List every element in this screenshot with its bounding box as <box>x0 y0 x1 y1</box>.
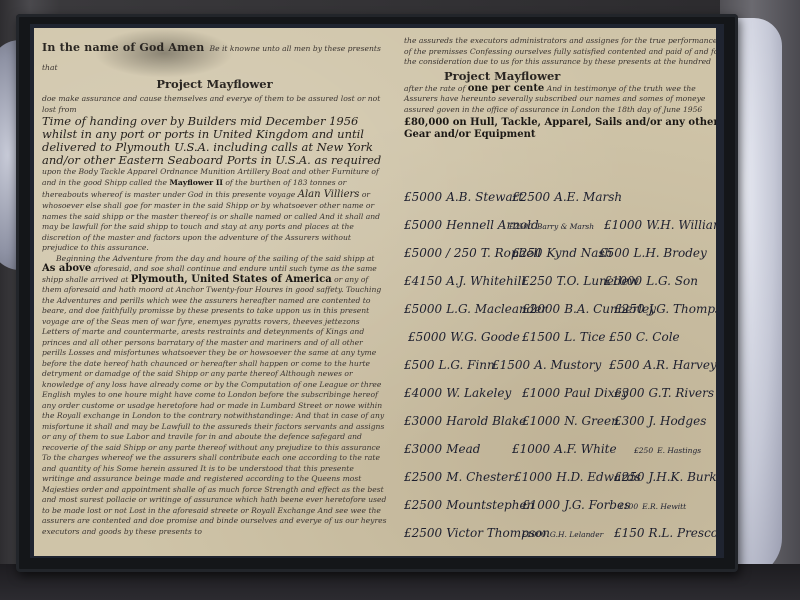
subscription-amount: £3000 <box>404 442 442 456</box>
subscriber-name: Harold Blake <box>446 414 526 428</box>
subscription-amount: £1000 <box>522 530 546 539</box>
ship-name: Mayflower II <box>169 178 222 187</box>
subscription-signature: £5000W.G. Goode <box>408 326 520 345</box>
subscription-amount: £2500 <box>512 190 550 204</box>
subscription-signature: £100E.R. Hewitt <box>619 494 686 513</box>
subscription-amount: £500 <box>609 358 640 372</box>
subscription-signature: £1500A. Mustory <box>492 354 601 373</box>
subscriber-name: E.R. Hewitt <box>642 502 686 511</box>
subscription-signature: £1500L. Tice <box>522 326 605 345</box>
subscription-signature: £300J. Hodges <box>614 410 706 429</box>
subscription-amount: £4150 <box>404 274 442 288</box>
subscription-signature: £1000N. Green <box>522 410 619 429</box>
subscription-amount: £250 <box>614 302 645 316</box>
paragraph: after the rate of one per cente And in t… <box>404 84 716 116</box>
subscription-signature: £250J.H.K. Burkett <box>614 466 716 485</box>
subscription-amount: £5000 <box>404 218 442 232</box>
subscriber-name: N. Green <box>564 414 619 428</box>
subscriber-name: Barry & Marsh <box>537 222 594 231</box>
paragraph: doe make assurance and cause themselves … <box>42 94 387 115</box>
subscriber-name: R.L. Prescott <box>649 526 716 540</box>
subscription-signature: £1000A.F. White <box>512 438 617 457</box>
subscription-signature: £3000Harold Blake <box>404 410 526 429</box>
subscription-signature: £1000J.G. Forbes <box>522 494 630 513</box>
subscription-signature: £4000W. Lakeley <box>404 382 511 401</box>
subscriber-name: L.H. Brodey <box>634 246 707 260</box>
subscription-signature: £3000Mead <box>404 438 480 457</box>
subscription-amount: £300 <box>614 414 645 428</box>
subscription-amount: £2500 <box>509 222 533 231</box>
sum-insured: £80,000 on Hull, Tackle, Apparel, Sails … <box>404 117 716 141</box>
subscriber-name: L. Tice <box>564 330 605 344</box>
subscription-amount: £1500 <box>492 358 530 372</box>
left-column: In the name of God Amen Be it knowne unt… <box>42 36 387 537</box>
subscriber-name: J. Hodges <box>649 414 707 428</box>
master-name: Alan Villiers <box>298 189 360 200</box>
subscription-signature: £250Kynd Nash <box>512 242 612 261</box>
subscription-signature: £150R.L. Prescott <box>614 522 716 541</box>
subscription-signature: £250E. Hastings <box>634 438 701 457</box>
subscription-amount: £3000 <box>404 414 442 428</box>
subscription-amount: £2500 <box>404 498 442 512</box>
subscription-signature: £50C. Cole <box>609 326 680 345</box>
subscription-amount: £5000 <box>404 190 442 204</box>
document-title-2: Project Mayflower <box>404 69 716 83</box>
subscriber-name: J.G. Thompson <box>649 302 716 316</box>
subscription-amount: £5000 / 250 <box>404 246 477 260</box>
subscription-signature: £2500M. Chester <box>404 466 514 485</box>
subscription-amount: £2000 <box>522 302 560 316</box>
subscriber-name: A.F. White <box>554 442 616 456</box>
subscription-amount: £150 <box>614 526 645 540</box>
subscriber-name: W.G. Goode <box>450 330 520 344</box>
subscription-signature: £1000L.G. Son <box>604 270 698 289</box>
subscription-signature: £1000S.G. Bell <box>522 550 616 556</box>
subscription-amount: £100 <box>619 502 638 511</box>
picture-frame: In the name of God Amen Be it knowne unt… <box>16 14 738 572</box>
subscriber-name: S.G. Bell <box>564 554 616 556</box>
subscriber-name: E. Hastings <box>657 446 701 455</box>
subscription-amount: £250 <box>614 470 645 484</box>
subscriber-name: W.H. Williams <box>646 218 716 232</box>
premium-rate: one per cente <box>468 83 545 94</box>
subscription-amount: £1000 <box>512 442 550 456</box>
subscription-signature: £1000W.H. Williams <box>604 214 716 233</box>
paragraph: Beginning the Adventure from the day and… <box>42 254 387 538</box>
subscription-amount: £2500 <box>404 526 442 540</box>
subscription-amount: £4000 <box>404 386 442 400</box>
subscription-signature: £4150A.J. Whitehill <box>404 270 525 289</box>
subscription-amount: £1500 <box>522 330 560 344</box>
subscriber-name: M. Chester <box>446 470 514 484</box>
right-column: the assureds the executors administrator… <box>404 36 716 141</box>
subscription-amount: £5000 <box>408 330 446 344</box>
subscriber-name: A. Mustory <box>534 358 601 372</box>
subscription-amount: £250 <box>512 246 543 260</box>
subscriber-name: A.R. Harvey <box>644 358 716 372</box>
subscription-signature: £300G.T. Rivers <box>614 382 714 401</box>
subscription-amount: £1000 <box>522 386 560 400</box>
subscription-amount: £300 <box>614 386 645 400</box>
subscriber-name: A.J. Whitehill <box>446 274 525 288</box>
subscription-amount: £1000 <box>514 470 552 484</box>
paragraph: upon the Body Tackle Apparel Ordnance Mu… <box>42 167 387 254</box>
subscription-signature: £2500Mountstephen <box>404 494 534 513</box>
voyage-terms: Time of handing over by Builders mid Dec… <box>42 115 387 167</box>
destination: Plymouth, United States of America <box>131 274 332 285</box>
subscriber-name: Mead <box>446 442 480 456</box>
subscription-amount: £1000 <box>604 274 642 288</box>
subscription-signature: £500L.H. Brodey <box>599 242 707 261</box>
subscriber-name: A.E. Marsh <box>554 190 622 204</box>
document-title: Project Mayflower <box>42 77 387 91</box>
subscription-signature: £500L.G. Finn <box>404 354 495 373</box>
subscriber-name: C. Cole <box>636 330 680 344</box>
subscription-amount: £250 <box>634 446 653 455</box>
subscription-signature: £1000G.H. Lelander <box>522 522 603 541</box>
subscription-amount: £500 <box>404 358 435 372</box>
subscriber-name: L.G. Son <box>646 274 698 288</box>
subscription-signature: £500A.R. Harvey <box>609 354 716 373</box>
subscriber-name: W. Lakeley <box>446 386 511 400</box>
subscription-amount: £500 <box>599 246 630 260</box>
subscriber-name: J.H.K. Burkett <box>649 470 716 484</box>
subscription-signature: £1000Paul Dixey <box>522 382 628 401</box>
subscription-signature: £2500Barry & Marsh <box>509 214 594 233</box>
subscription-signature: £250J.G. Thompson <box>614 298 716 317</box>
subscription-amount: £50 <box>609 330 632 344</box>
invocation: In the name of God Amen <box>42 41 204 54</box>
parchment-document: In the name of God Amen Be it knowne unt… <box>34 28 716 556</box>
subscription-signature: £2500A.E. Marsh <box>512 186 622 205</box>
subscription-amount: £1000 <box>522 414 560 428</box>
paragraph: the assureds the executors administrator… <box>404 36 716 68</box>
subscriber-name: G.T. Rivers <box>649 386 715 400</box>
frame-mat: In the name of God Amen Be it knowne unt… <box>30 24 724 558</box>
subscriber-name: G.H. Lelander <box>550 530 603 539</box>
subscriber-name: L.G. Finn <box>439 358 495 372</box>
subscription-amount: £1000 <box>522 498 560 512</box>
departure: As above <box>42 263 91 274</box>
subscription-amount: £1000 <box>522 554 560 556</box>
subscription-amount: £250 <box>522 274 553 288</box>
subscription-amount: £2500 <box>404 470 442 484</box>
subscription-amount: £1000 <box>604 218 642 232</box>
subscription-signature: £5000A.B. Stewart <box>404 186 523 205</box>
subscription-amount: £5000 <box>404 302 442 316</box>
